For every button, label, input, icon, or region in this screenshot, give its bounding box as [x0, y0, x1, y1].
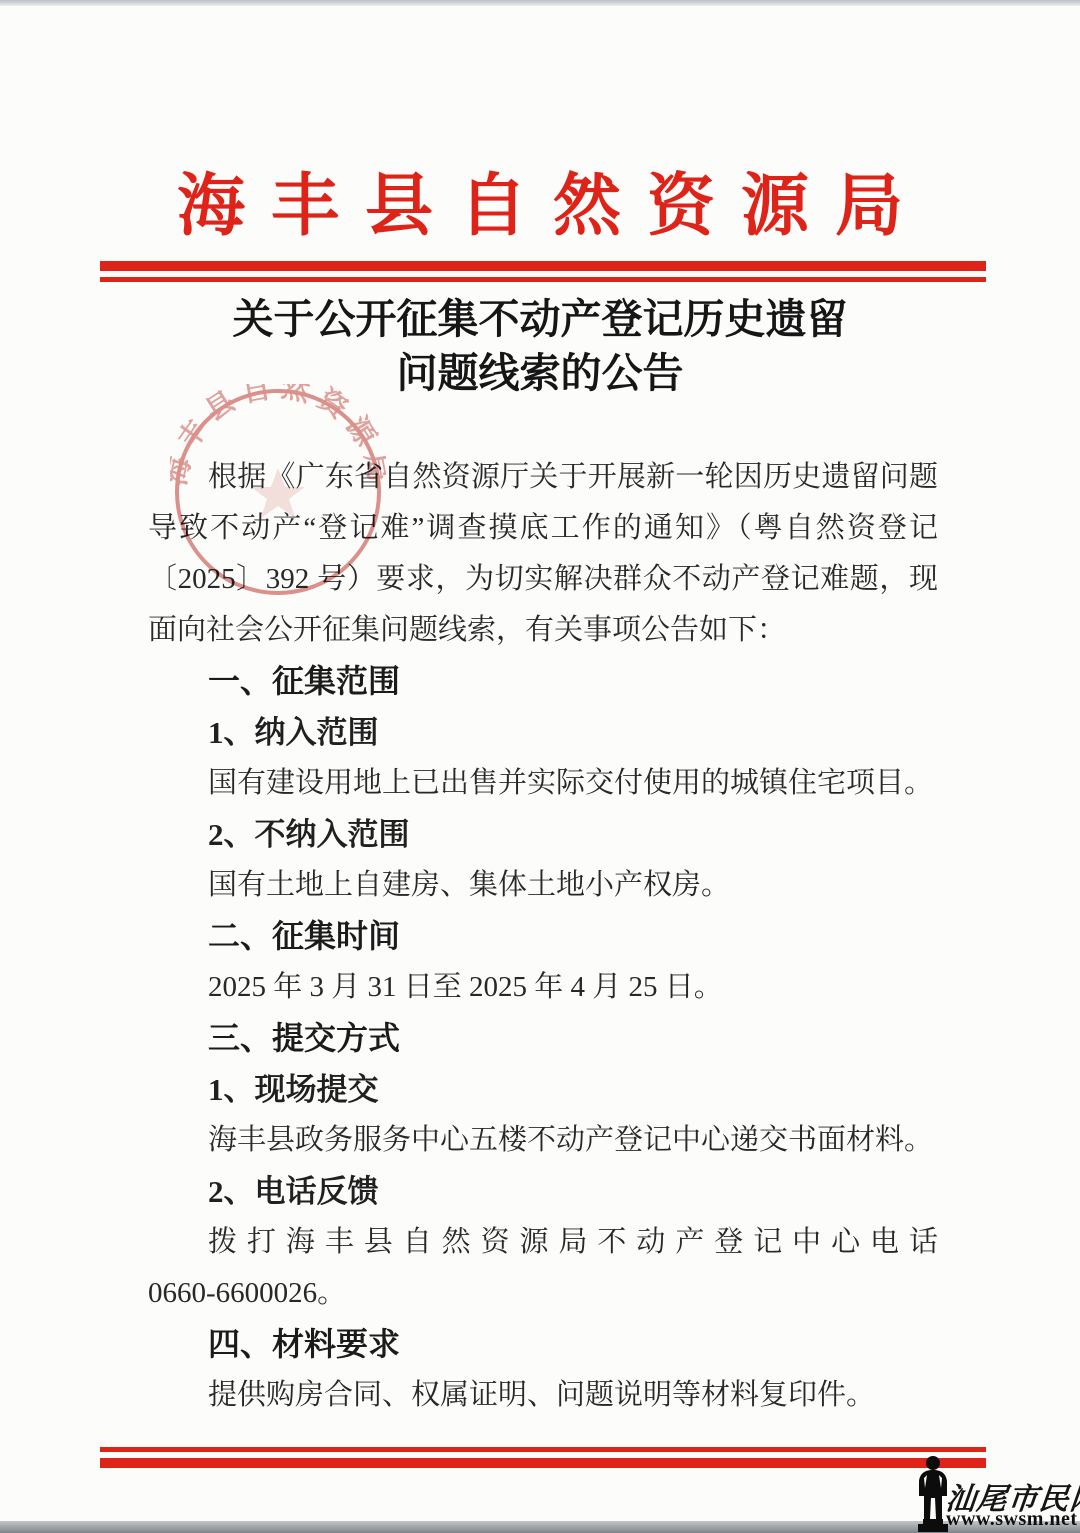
seal-circle-icon: 海丰县自然资源局: [170, 384, 386, 600]
section-3-sub-1-heading: 1、现场提交: [148, 1064, 938, 1115]
document-title: 关于公开征集不动产登记历史遗留 问题线索的公告: [0, 292, 1080, 400]
section-4-text: 提供购房合同、权属证明、问题说明等材料复印件。: [148, 1370, 938, 1421]
site-watermark: 汕尾市民网 www.swsm.net: [910, 1452, 1080, 1533]
section-1-sub-1-heading: 1、纳入范围: [148, 707, 938, 758]
agency-header: 海丰县自然资源局: [0, 152, 1080, 249]
red-rule-bottom-thick: [100, 1458, 986, 1468]
official-seal-stamp: 海丰县自然资源局: [170, 384, 386, 600]
intro-paragraph-line-4: 面向社会公开征集问题线索，有关事项公告如下：: [148, 605, 938, 656]
red-rule-top-thin: [100, 277, 986, 282]
section-1-sub-2-heading: 2、不纳入范围: [148, 809, 938, 860]
section-2-text: 2025 年 3 月 31 日至 2025 年 4 月 25 日。: [148, 962, 938, 1013]
seal-center-star-icon: [251, 468, 305, 518]
section-3-sub-1-text: 海丰县政务服务中心五楼不动产登记中心递交书面材料。: [148, 1115, 938, 1166]
section-3-sub-2-text-line-1: 拨打海丰县自然资源局不动产登记中心电话: [148, 1217, 938, 1268]
document-title-line-1: 关于公开征集不动产登记历史遗留: [0, 292, 1080, 346]
section-3-heading: 三、提交方式: [148, 1013, 938, 1064]
scanned-document-page: 海丰县自然资源局 关于公开征集不动产登记历史遗留 问题线索的公告 海丰县自然资源…: [0, 0, 1080, 1533]
document-title-line-2: 问题线索的公告: [0, 346, 1080, 400]
section-1-sub-1-text: 国有建设用地上已出售并实际交付使用的城镇住宅项目。: [148, 758, 938, 809]
section-1-sub-2-text: 国有土地上自建房、集体土地小产权房。: [148, 860, 938, 911]
section-1-heading: 一、征集范围: [148, 656, 938, 707]
section-3-sub-2-text-line-2: 0660-6600026。: [148, 1268, 938, 1319]
section-2-heading: 二、征集时间: [148, 911, 938, 962]
section-4-heading: 四、材料要求: [148, 1319, 938, 1370]
red-rule-top-thick: [100, 261, 986, 271]
red-rule-bottom-thin: [100, 1447, 986, 1452]
watermark-site-url: www.swsm.net: [946, 1508, 1080, 1531]
scan-edge-top: [0, 0, 1080, 6]
section-3-sub-2-heading: 2、电话反馈: [148, 1166, 938, 1217]
